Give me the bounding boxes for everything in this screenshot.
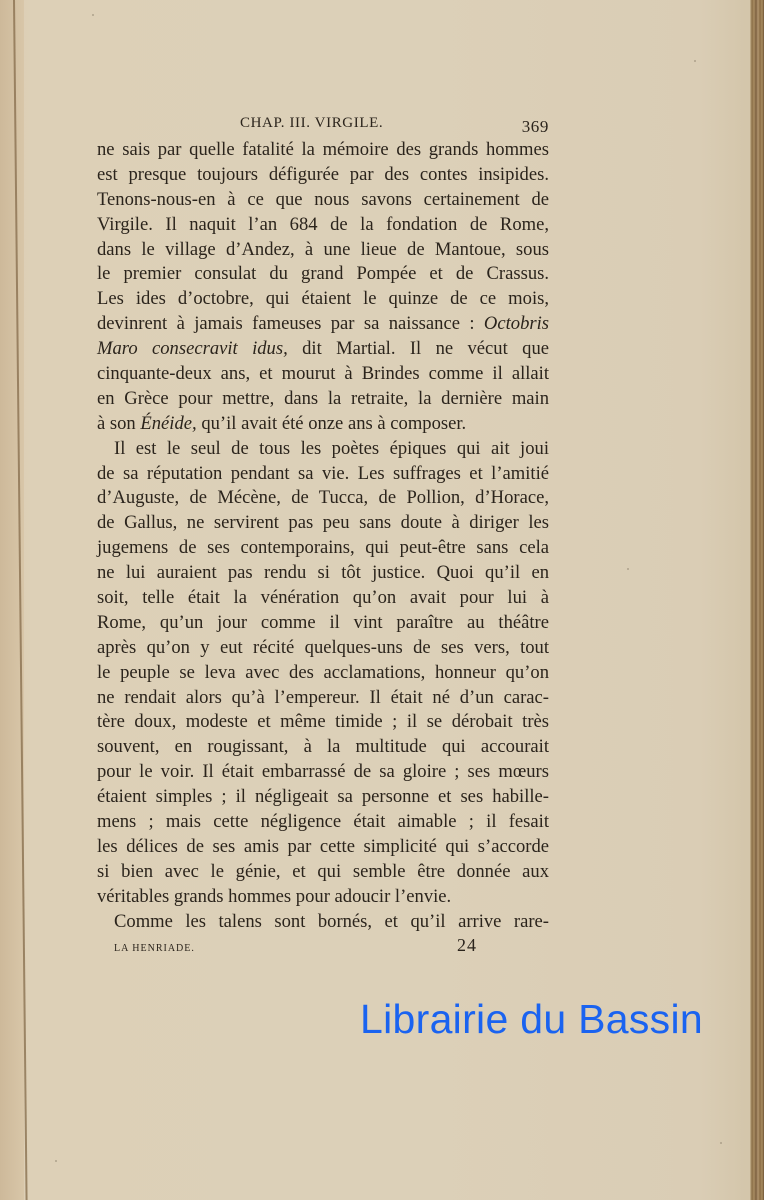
book-page: CHAP. III. VIRGILE. 369 ne sais par quel…: [97, 112, 549, 961]
text-line: Il est le seul de tous les poètes épique…: [97, 437, 549, 462]
italic-quote: Maro consecravit idus,: [97, 338, 288, 359]
text-line: cinquante-deux ans, et mourut à Brindes …: [97, 362, 549, 387]
text-line: devinrent à jamais fameuses par sa naiss…: [97, 312, 549, 337]
text-line: en Grèce pour mettre, dans la retraite, …: [97, 387, 549, 412]
page-number: 369: [522, 117, 549, 137]
text-line: Les ides d’octobre, qui étaient le quinz…: [97, 287, 549, 312]
text-line: est presque toujours défigurée par des c…: [97, 163, 549, 188]
text-line: Comme les talens sont bornés, et qu’il a…: [97, 910, 549, 935]
paper-speck: [627, 568, 629, 570]
watermark-text: Librairie du Bassin: [360, 996, 703, 1043]
signature-mark: LA HENRIADE.: [114, 943, 195, 954]
paper-speck: [694, 60, 696, 62]
text-line: le premier consulat du grand Pompée et d…: [97, 262, 549, 287]
text-line: ne sais par quelle fatalité la mémoire d…: [97, 138, 549, 163]
text-line: tère doux, modeste et même timide ; il s…: [97, 710, 549, 735]
italic-title: Énéide,: [140, 413, 196, 434]
text-line: après qu’on y eut récité quelques-uns de…: [97, 636, 549, 661]
text-line: de Gallus, ne servirent pas peu sans dou…: [97, 511, 549, 536]
text-line: ne rendait alors qu’à l’empereur. Il éta…: [97, 686, 549, 711]
page-stack-edge: [750, 0, 764, 1200]
chapter-title: CHAP. III. VIRGILE.: [240, 115, 383, 132]
paper-speck: [55, 1160, 57, 1162]
text-line: jugemens de ses contemporains, qui peut-…: [97, 536, 549, 561]
italic-quote: Octobris: [484, 313, 549, 334]
text-line: les délices de ses amis par cette simpli…: [97, 835, 549, 860]
running-head: CHAP. III. VIRGILE. 369: [97, 112, 549, 138]
text-line: dans le village d’Andez, à une lieue de …: [97, 238, 549, 263]
text-line: Maro consecravit idus, dit Martial. Il n…: [97, 337, 549, 362]
sheet-number: 24: [457, 935, 477, 956]
text-line: à son Énéide, qu’il avait été onze ans à…: [97, 412, 549, 437]
text-line: si bien avec le génie, et qui semble êtr…: [97, 860, 549, 885]
text-line: véritables grands hommes pour adoucir l’…: [97, 885, 549, 910]
text-line: le peuple se leva avec des acclamations,…: [97, 661, 549, 686]
text-line: étaient simples ; il négligeait sa perso…: [97, 785, 549, 810]
text-line: Tenons-nous-en à ce que nous savons cert…: [97, 188, 549, 213]
text-line: de sa réputation pendant sa vie. Les suf…: [97, 462, 549, 487]
text-line: ne lui auraient pas rendu si tôt justice…: [97, 561, 549, 586]
text-line: Virgile. Il naquit l’an 684 de la fondat…: [97, 213, 549, 238]
body-text: ne sais par quelle fatalité la mémoire d…: [97, 138, 549, 935]
paper-speck: [720, 1142, 722, 1144]
text-line: souvent, en rougissant, à la multitude q…: [97, 735, 549, 760]
text-line: pour le voir. Il était embarrassé de sa …: [97, 760, 549, 785]
paper-speck: [92, 14, 94, 16]
text-line: Rome, qu’un jour comme il vint paraître …: [97, 611, 549, 636]
text-line: soit, telle était la vénération qu’on av…: [97, 586, 549, 611]
text-line: d’Auguste, de Mécène, de Tucca, de Polli…: [97, 486, 549, 511]
text-line: mens ; mais cette négligence était aimab…: [97, 810, 549, 835]
page-footer: LA HENRIADE. 24: [97, 935, 549, 961]
